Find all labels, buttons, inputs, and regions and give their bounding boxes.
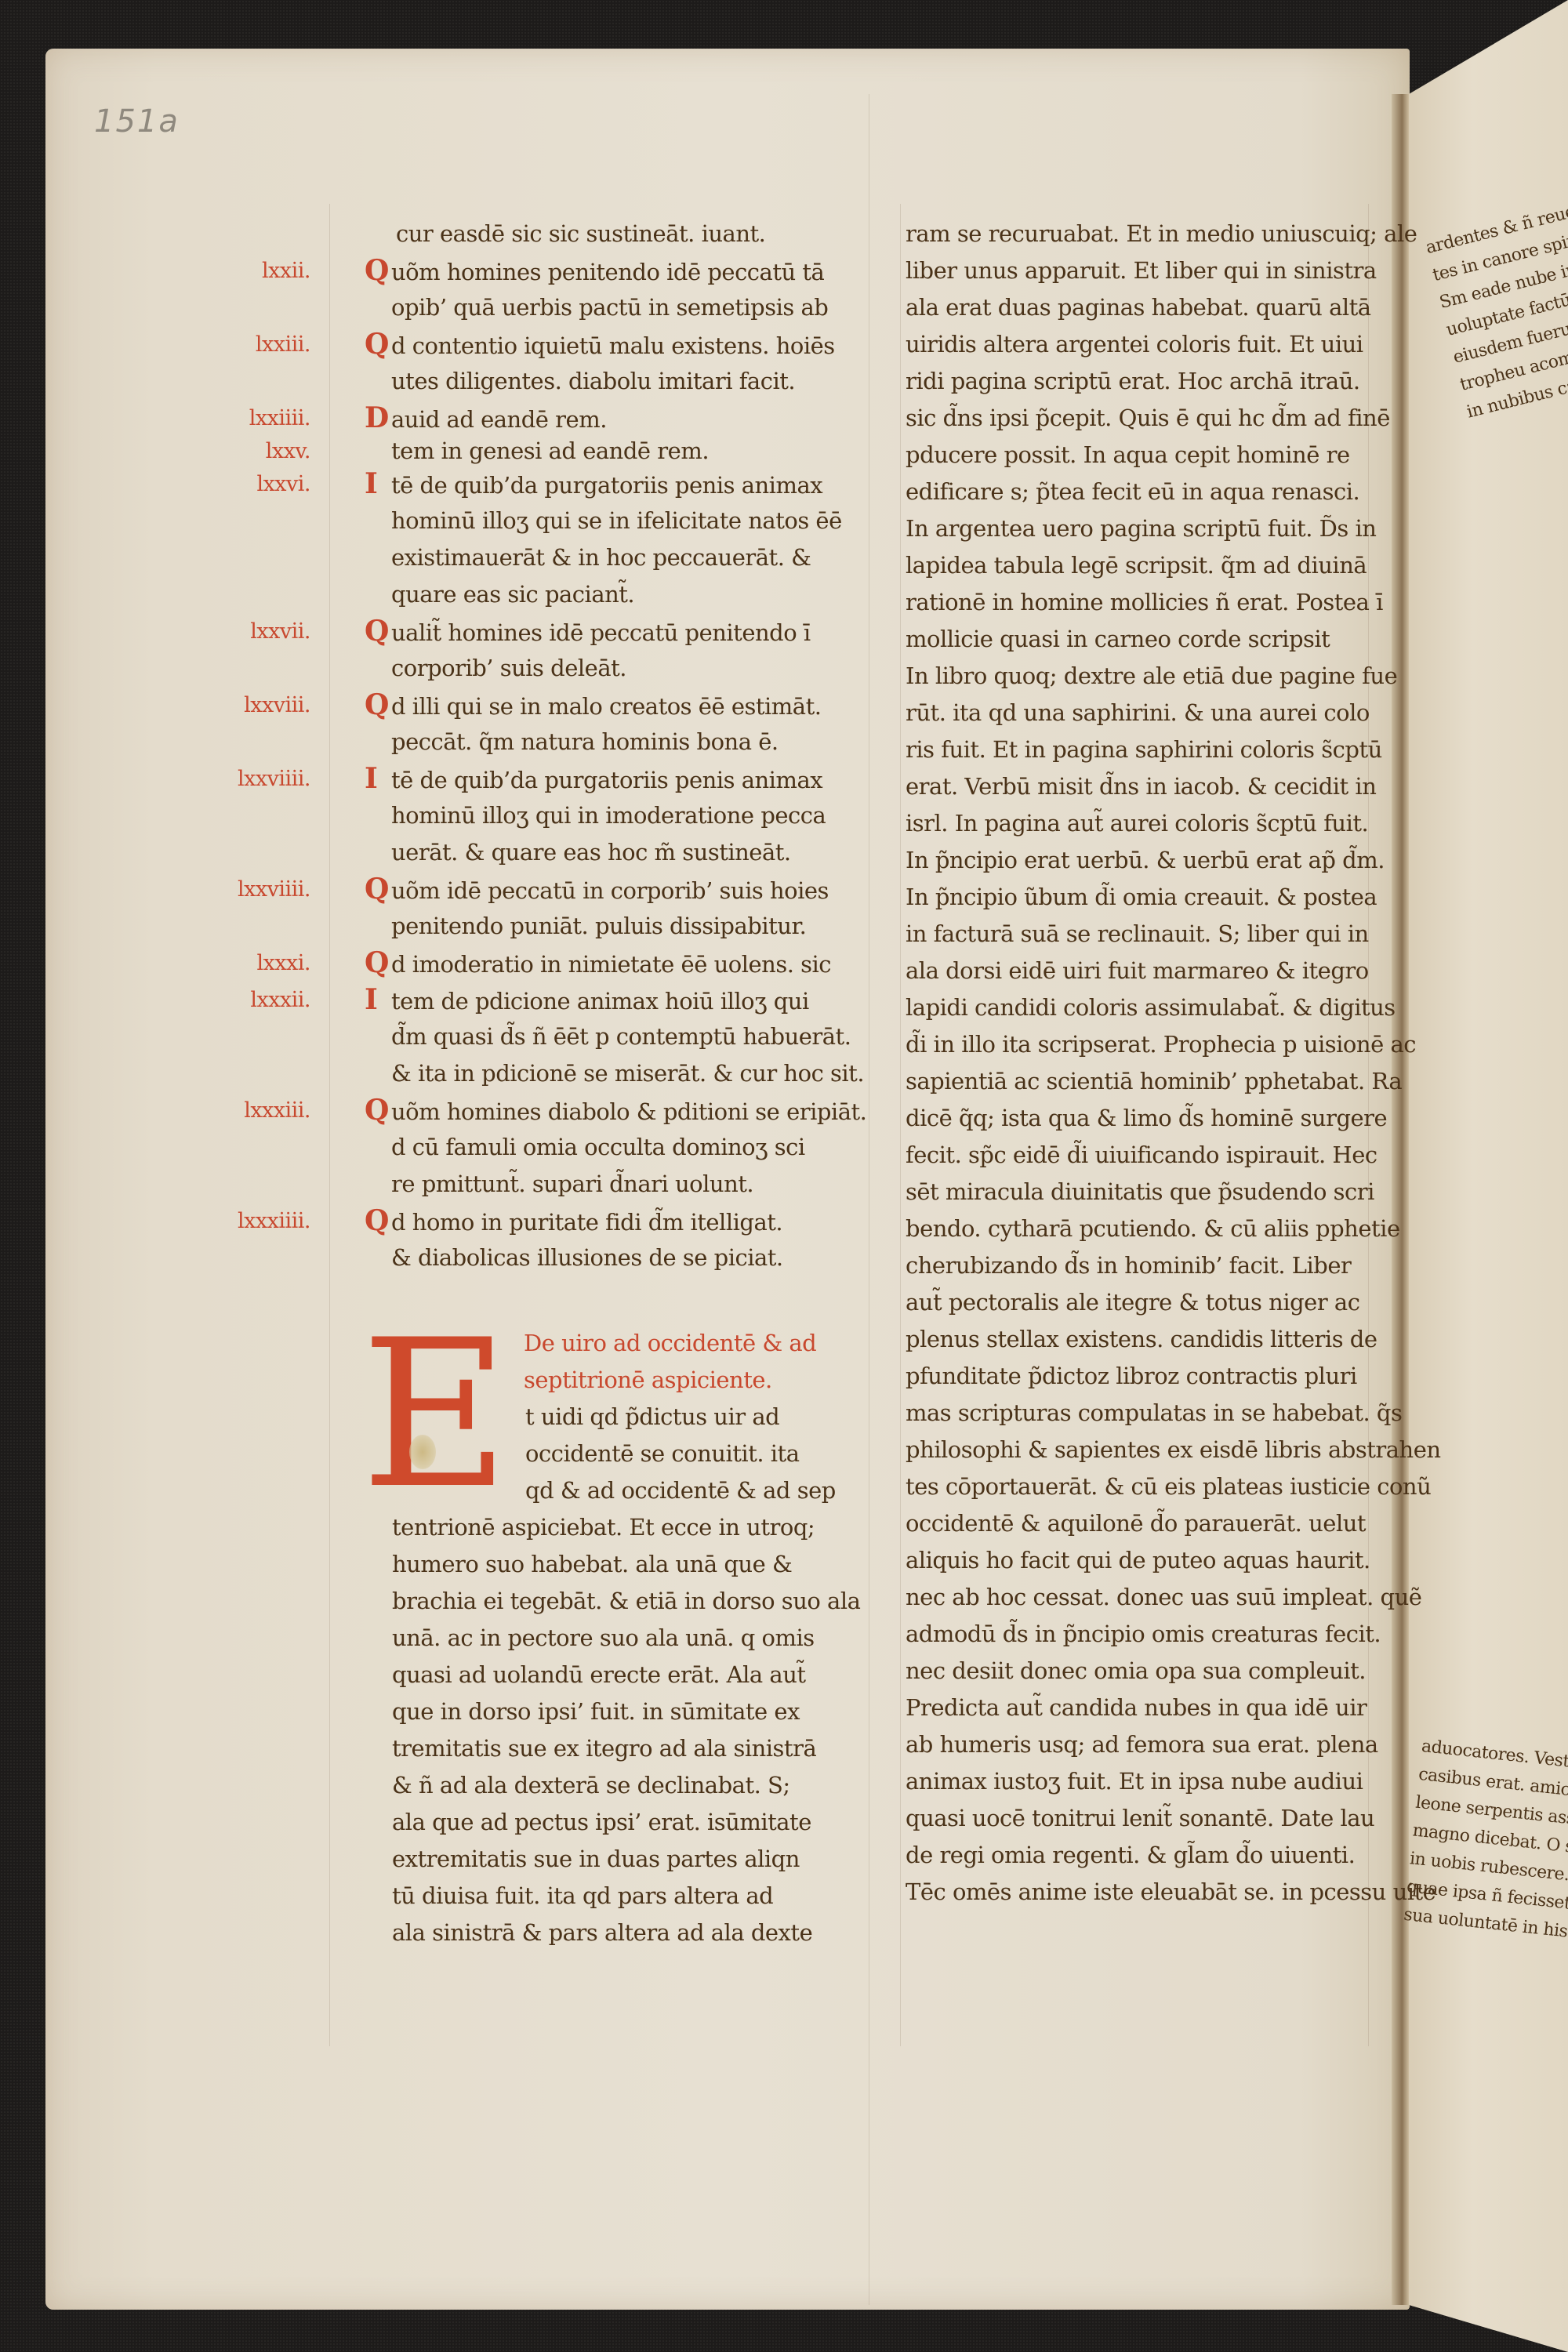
text-line: penitendo puniāt. puluis dissipabitur. <box>365 908 866 945</box>
chapter-entry: Qd imoderatio in nimietate ēē uolens. si… <box>365 945 866 982</box>
text-line: In p̃ncipio erat uerbū. & uerbū erat ap̃… <box>906 842 1368 879</box>
red-initial: I <box>365 466 391 503</box>
text-line: aliquis ho facit qui de puteo aquas haur… <box>906 1542 1368 1579</box>
text-line: ram se recuruabat. Et in medio uniuscuiq… <box>906 216 1368 252</box>
text-line: pfunditate p̃dictoz libroz contractis pl… <box>906 1358 1368 1395</box>
red-initial: I <box>365 982 391 1018</box>
chapter-entry: Quõm homines penitendo idē peccatū tā <box>365 252 866 289</box>
chapter-entry: Itē de quib’da purgatoriis penis animax <box>365 466 866 503</box>
text-line: tremitatis sue ex itegro ad ala sinistrā <box>392 1730 866 1767</box>
text-line: brachia ei tegebāt. & etiā in dorso suo … <box>392 1583 866 1620</box>
chapter-entry: Quõm idē peccatū in corporib’ suis hoie… <box>365 871 866 908</box>
text-line: sic d̃ns ipsi p̃cepit. Quis ē qui hc d̃m… <box>906 400 1368 437</box>
text-line: utes diligentes. diabolu imitari facit. <box>365 363 866 400</box>
text-line: ala que ad pectus ipsi’ erat. isūmitate <box>392 1804 866 1841</box>
red-initial: Q <box>365 945 391 982</box>
text-line: ala dorsi eidē uiri fuit marmareo & iteg… <box>906 953 1368 989</box>
numeral: lxxxiiii. <box>188 1203 321 1240</box>
text-line: erat. Verbū misit d̃ns in iacob. & cecid… <box>906 768 1368 805</box>
text-line: cur easdē sic sic sustineāt. iuant. <box>365 216 866 252</box>
numeral: lxxxii. <box>188 982 321 1018</box>
text-line: & ita in pdicionē se miserāt. & cur hoc … <box>365 1055 866 1092</box>
text-line: bendo. cytharā pcutiendo. & cū aliis pph… <box>906 1210 1368 1247</box>
text-line: mollicie quasi in carneo corde scripsit <box>906 621 1368 658</box>
chapter-entry: Quõm homines diabolo & pditioni se erip… <box>365 1092 866 1129</box>
red-initial: Q <box>365 252 391 289</box>
numeral: lxxxi. <box>188 945 321 982</box>
text-line: existimauerāt & in hoc peccauerāt. & <box>365 539 866 576</box>
text-line: tes cōportauerāt. & cū eis plateas iusti… <box>906 1468 1368 1505</box>
text-line: quare eas sic paciant̃. <box>365 576 866 613</box>
text-line: lapidi candidi coloris assimulabat̃. & d… <box>906 989 1368 1026</box>
text-line: ala erat duas paginas habebat. quarū alt… <box>906 289 1368 326</box>
red-initial: D <box>365 400 391 437</box>
text-line: t uidi qd p̃dictus uir ad <box>392 1399 866 1436</box>
chapter-entry: Itē de quib’da purgatoriis penis animax <box>365 760 866 797</box>
folio-number: 151a <box>94 103 180 140</box>
rubric-line: De uiro ad occidentē & ad <box>524 1325 869 1362</box>
text-line: extremitatis sue in duas partes aliqn <box>392 1841 866 1878</box>
text-line: aut̃ pectoralis ale itegre & totus niger… <box>906 1284 1368 1321</box>
numeral: lxxii. <box>188 252 321 289</box>
text-line: edificare s; p̃tea fecit eū in aqua rena… <box>906 474 1368 510</box>
facing-page-text-bottom: aduocatores. Veste etiā ex te casibus er… <box>1403 1733 1567 1944</box>
numeral: lxxviiii. <box>188 760 321 797</box>
text-line: uerāt. & quare eas hoc m̃ sustineāt. <box>365 834 866 871</box>
text-line: tem in genesi ad eandē rem. <box>365 437 866 466</box>
text-line: quasi uocē tonitrui lenit̃ sonantē. Date… <box>906 1800 1368 1837</box>
numeral: lxxxiii. <box>188 1092 321 1129</box>
text-line: cherubizando d̃s in hominib’ facit. Libe… <box>906 1247 1368 1284</box>
text-line: d̃i in illo ita scripserat. Prophecia p … <box>906 1026 1368 1063</box>
numeral: lxxviiii. <box>188 871 321 908</box>
ruling-line <box>900 204 901 2046</box>
text-line: philosophi & sapientes ex eisdē libris a… <box>906 1432 1368 1468</box>
text-line: tū diuisa fuit. ita qd pars altera ad <box>392 1878 866 1915</box>
chapter-entry: Qd contentio iquietū malu existens. hoiē… <box>365 326 866 363</box>
text-line: plenus stellax existens. candidis litter… <box>906 1321 1368 1358</box>
text-line: peccāt. q̃m natura hominis bona ē. <box>365 724 866 760</box>
text-line: humero suo habebat. ala unā que & <box>392 1546 866 1583</box>
text-line: corporib’ suis deleāt. <box>365 650 866 687</box>
text-line: uiridis altera argentei coloris fuit. Et… <box>906 326 1368 363</box>
chapter-numerals: lxxii. lxxiii. lxxiiii. lxxv. lxxvi. lxx… <box>188 216 321 1240</box>
text-line: fecit. sp̃c eidē d̃i uiuificando ispirau… <box>906 1137 1368 1174</box>
text-line: dicē q̃q; ista qua & limo d̃s hominē sur… <box>906 1100 1368 1137</box>
text-line: & ñ ad ala dexterā se declinabat. S; <box>392 1767 866 1804</box>
text-line: rationē in homine mollicies ñ erat. Pos… <box>906 584 1368 621</box>
text-line: occidentē se conuitit. ita <box>392 1436 866 1472</box>
numeral: lxxvii. <box>188 613 321 650</box>
text-line: pducere possit. In aqua cepit hominē re <box>906 437 1368 474</box>
red-initial: Q <box>365 613 391 650</box>
text-line: Predicta aut̃ candida nubes in qua idē u… <box>906 1690 1368 1726</box>
chapter-list: cur easdē sic sic sustineāt. iuant. Quõ… <box>365 216 866 1276</box>
red-initial: Q <box>365 1092 391 1129</box>
red-initial: Q <box>365 1203 391 1240</box>
text-line: hominū illoʒ qui se in ifelicitate natos… <box>365 503 866 539</box>
text-line: re pmittunt̃. supari d̃nari uolunt. <box>365 1166 866 1203</box>
numeral: lxxiiii. <box>188 400 321 437</box>
red-initial: I <box>365 760 391 797</box>
text-line: nec ab hoc cessat. donec uas suū impleat… <box>906 1579 1368 1616</box>
text-line: animax iustoʒ fuit. Et in ipsa nube audi… <box>906 1763 1368 1800</box>
text-line: mas scripturas compulatas in se habebat.… <box>906 1395 1368 1432</box>
text-line: In p̃ncipio ũbum d̃i omia creauit. & po… <box>906 879 1368 916</box>
ruling-line <box>329 204 330 2046</box>
text-line: ab humeris usq; ad femora sua erat. plen… <box>906 1726 1368 1763</box>
chapter-entry: Qualit̃ homines idē peccatū penitendo ī <box>365 613 866 650</box>
text-line: quasi ad uolandū erecte erāt. Ala aut̃ <box>392 1657 866 1693</box>
body-text-right: ram se recuruabat. Et in medio uniuscuiq… <box>906 216 1368 1911</box>
red-initial: Q <box>365 326 391 363</box>
text-line: in facturā suā se reclinauit. S; liber q… <box>906 916 1368 953</box>
chapter-entry: Dauid ad eandē rem. <box>365 400 866 437</box>
ruling-line <box>869 94 869 2305</box>
text-line: de regi omia regenti. & gl̃am d̃o uiuent… <box>906 1837 1368 1874</box>
text-line: admodū d̃s in p̃ncipio omis creaturas fe… <box>906 1616 1368 1653</box>
text-line: In argentea uero pagina scriptū fuit. D̃… <box>906 510 1368 547</box>
red-initial: Q <box>365 871 391 908</box>
chapter-entry: Qd homo in puritate fidi d̃m itelligat. <box>365 1203 866 1240</box>
text-line: Tēc omēs anime iste eleuabāt se. in pces… <box>906 1874 1368 1911</box>
text-line: occidentē & aquilonē d̃o parauerāt. uelu… <box>906 1505 1368 1542</box>
text-line: sapientiā ac scientiā hominib’ pphetabat… <box>906 1063 1368 1100</box>
text-line: qd & ad occidentē & ad sep <box>392 1472 866 1509</box>
chapter-entry: Qd illi qui se in malo creatos ēē estimā… <box>365 687 866 724</box>
text-line: opib’ quā uerbis pactū in semetipsis ab <box>365 289 866 326</box>
text-line: ala sinistrā & pars altera ad ala dexte <box>392 1915 866 1951</box>
numeral: lxxviii. <box>188 687 321 724</box>
book-gutter <box>1392 94 1409 2305</box>
text-line: isrl. In pagina aut̃ aurei coloris s̃cpt… <box>906 805 1368 842</box>
body-text-left: t uidi qd p̃dictus uir ad occidentē se c… <box>392 1399 866 1951</box>
text-line: hominū illoʒ qui in imoderatione pecca <box>365 797 866 834</box>
red-initial: Q <box>365 687 391 724</box>
text-line: d̃m quasi d̃s ñ ēēt p contemptū habuerā… <box>365 1018 866 1055</box>
text-line: & diabolicas illusiones de se piciat. <box>365 1240 866 1276</box>
chapter-entry: Item de pdicione animax hoiū illoʒ qui <box>365 982 866 1018</box>
text-line: lapidea tabula legē scripsit. q̃m ad diu… <box>906 547 1368 584</box>
numeral <box>188 216 321 252</box>
numeral: lxxvi. <box>188 466 321 503</box>
text-line: nec desiit donec omia opa sua compleuit. <box>906 1653 1368 1690</box>
text-line: In libro quoq; dextre ale etiā due pagin… <box>906 658 1368 695</box>
numeral: lxxv. <box>188 437 321 466</box>
text-line: rūt. ita qd una saphirini. & una aurei c… <box>906 695 1368 731</box>
rubric-heading: De uiro ad occidentē & ad septitrionē as… <box>524 1325 869 1399</box>
text-line: tentrionē aspiciebat. Et ecce in utroq; <box>392 1509 866 1546</box>
text-line: d cū famuli omia occulta dominoʒ sci <box>365 1129 866 1166</box>
text-line: ridi pagina scriptū erat. Hoc archā itra… <box>906 363 1368 400</box>
text-line: que in dorso ipsi’ fuit. in sūmitate ex <box>392 1693 866 1730</box>
text-line: unā. ac in pectore suo ala unā. q omis <box>392 1620 866 1657</box>
numeral: lxxiii. <box>188 326 321 363</box>
rubric-line: septitrionē aspiciente. <box>524 1362 869 1399</box>
text-line: sēt miracula diuinitatis que p̃sudendo s… <box>906 1174 1368 1210</box>
text-line: liber unus apparuit. Et liber qui in sin… <box>906 252 1368 289</box>
text-line: ris fuit. Et in pagina saphirini coloris… <box>906 731 1368 768</box>
